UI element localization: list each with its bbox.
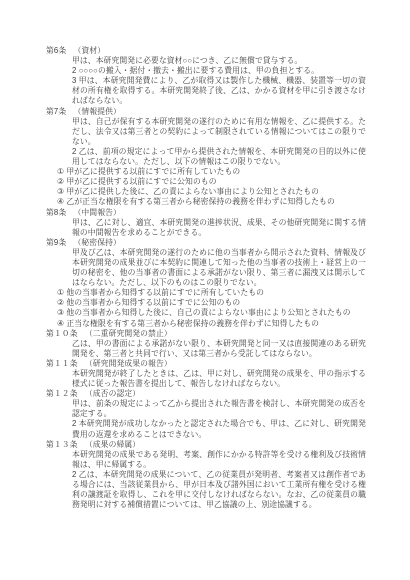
article-paragraph: 甲は、本研究開発に必要な資材○○につき、乙に無償で貸与する。 [72, 56, 366, 66]
article-paragraph: 甲は、自己が保有する本研究開発の遂行のために有用な情報を、乙に提供する。ただし、… [72, 117, 366, 147]
article: 第6条 （資材） 甲は、本研究開発に必要な資材○○につき、乙に無償で貸与する。2… [46, 46, 366, 107]
article-title: （二重研究開発の禁止） [85, 329, 172, 339]
article-title: （秘密保持） [74, 238, 121, 248]
article-number: 第8条 [46, 208, 66, 218]
article-header: 第１２条 （成否の認定） [46, 389, 366, 399]
article-paragraph: 甲及び乙は、本研究開発の遂行のために他の当事者から開示された資料、情報及び本研究… [72, 248, 366, 288]
article-header: 第9条 （秘密保持） [46, 238, 366, 248]
enumerated-item: ④ 正当な権限を有する第三者から秘密保持の義務を伴わずに知得したもの [57, 319, 366, 329]
article: 第１０条 （二重研究開発の禁止） 乙は、甲の書面による承諾がない限り、本研究開発… [46, 329, 366, 359]
article-paragraph: 本研究開発の成果である発明、考案、創作にかかる特許等を受ける権利及び技術情報は、… [72, 450, 366, 470]
enumerated-item: ② 他の当事者から知得する以前にすでに公知のもの [57, 298, 366, 308]
article: 第１３条 （成果の帰属） 本研究開発の成果である発明、考案、創作にかかる特許等を… [46, 440, 366, 511]
article-number: 第9条 [46, 238, 66, 248]
article: 第7条 （情報提供） 甲は、自己が保有する本研究開発の遂行のために有用な情報を、… [46, 107, 366, 208]
article-title: （資材） [74, 46, 106, 56]
enumerated-item: ④ 乙が正当な権限を有する第三者から秘密保持の義務を伴わずに知得したもの [57, 197, 366, 207]
article-paragraph: 2 本研究開発が成功しなかったと認定された場合でも、甲は、乙に対し、研究開発費用… [72, 419, 366, 439]
article-number: 第7条 [46, 107, 66, 117]
article-number: 第１２条 [46, 389, 78, 399]
article-number: 第１１条 [46, 359, 78, 369]
article-paragraph: 2 乙は、本研究開発の成果について、乙の従業員が発明者、考案者又は創作者である場… [72, 470, 366, 510]
article-paragraph: 本研究開発が終了したときは、乙は、甲に対し、研究開発の成果を、甲の指示する様式に… [72, 369, 366, 389]
article-header: 第7条 （情報提供） [46, 107, 366, 117]
article-number: 第１３条 [46, 440, 78, 450]
contract-page: 第6条 （資材） 甲は、本研究開発に必要な資材○○につき、乙に無償で貸与する。2… [0, 0, 410, 580]
article-number: 第１０条 [46, 329, 78, 339]
article-paragraph: 乙は、甲の書面による承諾がない限り、本研究開発と同一又は直接関連のある研究開発を… [72, 339, 366, 359]
article-title: （研究開発成果の報告） [85, 359, 172, 369]
enumerated-item: ① 他の当事者から知得する以前にすでに所有していたもの [57, 288, 366, 298]
enumerated-item: ③ 他の当事者から知得した後に、自己の責によらない事由により公知とされたもの [57, 308, 366, 318]
article-title: （中間報告） [74, 208, 121, 218]
article-header: 第6条 （資材） [46, 46, 366, 56]
article: 第9条 （秘密保持） 甲及び乙は、本研究開発の遂行のために他の当事者から開示され… [46, 238, 366, 329]
article: 第8条 （中間報告） 甲は、乙に対し、適宜、本研究開発の進捗状況、成果、その他研… [46, 208, 366, 238]
article: 第１２条 （成否の認定） 甲は、前条の規定によって乙から提出された報告書を検討し… [46, 389, 366, 439]
article-title: （成果の帰属） [85, 440, 140, 450]
enumerated-item: ① 甲が乙に提供する以前にすでに所有していたもの [57, 167, 366, 177]
article-number: 第6条 [46, 46, 66, 56]
article-paragraph: 甲は、前条の規定によって乙から提出された報告書を検討し、本研究開発の成否を認定す… [72, 399, 366, 419]
enumerated-item: ③ 甲が乙に提供した後に、乙の責によらない事由により公知とされたもの [57, 187, 366, 197]
article-title: （情報提供） [74, 107, 121, 117]
article-paragraph: 2 ○○○○の搬入・据付・撤去・搬出に要する費用は、甲の負担とする。 [72, 66, 366, 76]
article-title: （成否の認定） [85, 389, 140, 399]
article-paragraph: 3 甲は、本研究開発費により、乙が取得又は製作した機械、機器、装置等一切の資材の… [72, 76, 366, 106]
article-paragraph: 2 乙は、前項の規定によって甲から提供された情報を、本研究開発の目的以外に使用し… [72, 147, 366, 167]
article-header: 第１１条 （研究開発成果の報告） [46, 359, 366, 369]
article-header: 第8条 （中間報告） [46, 208, 366, 218]
article-paragraph: 甲は、乙に対し、適宜、本研究開発の進捗状況、成果、その他研究開発に関する情報の中… [72, 218, 366, 238]
contract-document: 第6条 （資材） 甲は、本研究開発に必要な資材○○につき、乙に無償で貸与する。2… [46, 46, 366, 510]
article-header: 第１０条 （二重研究開発の禁止） [46, 329, 366, 339]
enumerated-item: ② 甲が乙に提供する以前にすでに公知のもの [57, 177, 366, 187]
article-header: 第１３条 （成果の帰属） [46, 440, 366, 450]
article: 第１１条 （研究開発成果の報告） 本研究開発が終了したときは、乙は、甲に対し、研… [46, 359, 366, 389]
